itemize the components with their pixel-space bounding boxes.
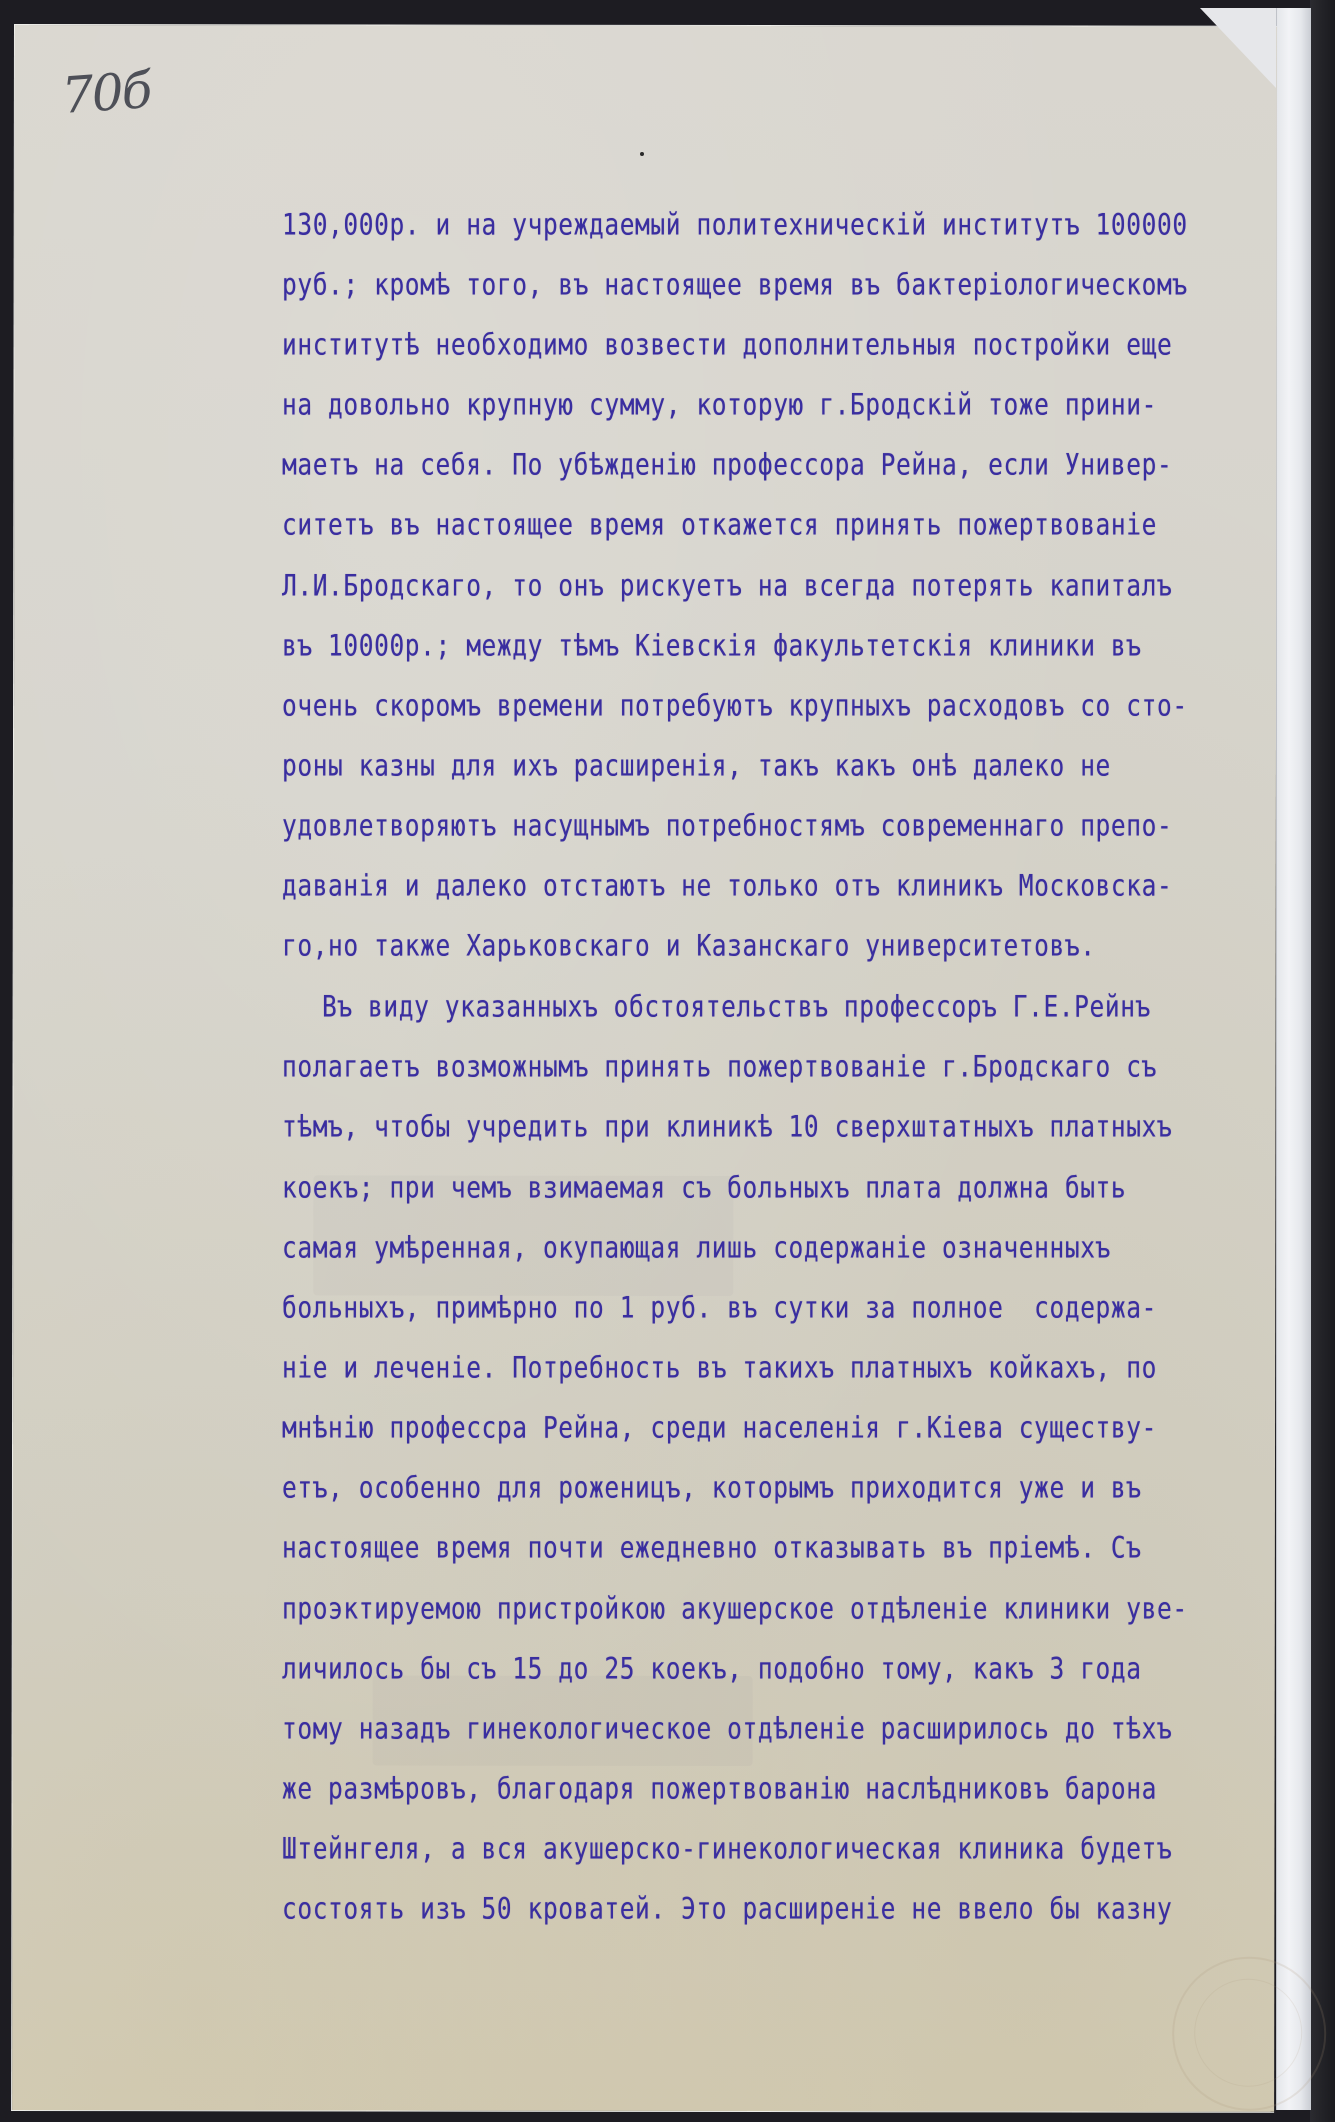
text-line: проэктируемою пристройкою акушерское отд… (282, 1595, 1188, 1624)
text-line: удовлетворяютъ насущнымъ потребностямъ с… (282, 812, 1172, 841)
scanner-edge-shadow (1310, 0, 1335, 2122)
text-line: на довольно крупную сумму, которую г.Бро… (282, 391, 1157, 420)
text-line: же размѣровъ, благодаря пожертвованію на… (282, 1775, 1157, 1804)
text-line: Штейнгеля, а вся акушерско-гинекологичес… (282, 1835, 1172, 1864)
faint-stamp-mark (1172, 1957, 1326, 2111)
text-line: ситетъ въ настоящее время откажется прин… (282, 511, 1157, 540)
text-line: мнѣнію профессра Рейна, среди населенія … (282, 1414, 1157, 1443)
text-line: состоять изъ 50 кроватей. Это расширеніе… (282, 1895, 1172, 1924)
text-line: самая умѣренная, окупающая лишь содержан… (282, 1234, 1111, 1263)
text-line: тому назадъ гинекологическое отдѣленіе р… (282, 1715, 1172, 1744)
text-line: тѣмъ, чтобы учредить при клиникѣ 10 свер… (282, 1113, 1172, 1142)
text-line: го,но также Харьковскаго и Казанскаго ун… (282, 932, 1096, 961)
text-line: 130,000р. и на учреждаемый политехническ… (282, 211, 1188, 240)
text-line: даванія и далеко отстаютъ не только отъ … (282, 872, 1172, 901)
text-line-paragraph-start: Въ виду указанныхъ обстоятельствъ профес… (322, 993, 1151, 1022)
folder-flap (1276, 8, 1311, 2110)
text-line: въ 10000р.; между тѣмъ Кіевскія факульте… (282, 632, 1142, 661)
text-line: роны казны для ихъ расширенія, такъ какъ… (282, 752, 1111, 781)
folio-number-text: 70б (60, 61, 152, 125)
text-line: настоящее время почти ежедневно отказыва… (282, 1534, 1142, 1563)
text-line: полагаетъ возможнымъ принять пожертвован… (282, 1053, 1157, 1082)
handwritten-folio-number: 70б (58, 60, 178, 135)
scanned-document-page: 70б 130,000р. и на учреждаемый политехни… (0, 0, 1335, 2122)
ink-dot-mark (640, 152, 644, 156)
text-line: етъ, особенно для рожeницъ, которымъ при… (282, 1474, 1142, 1503)
text-line: коекъ; при чемъ взимаемая съ больныхъ пл… (282, 1174, 1126, 1203)
text-line: больныхъ, примѣрно по 1 руб. въ сутки за… (282, 1294, 1157, 1323)
text-line: институтѣ необходимо возвести дополнител… (282, 331, 1172, 360)
text-line: маетъ на себя. По убѣжденію профессора Р… (282, 451, 1172, 480)
text-line: Л.И.Бродскаго, то онъ рискуетъ на всегда… (282, 572, 1172, 601)
text-line: личилось бы съ 15 до 25 коекъ, подобно т… (282, 1655, 1142, 1684)
text-line: ніе и леченіе. Потребность въ такихъ пла… (282, 1354, 1157, 1383)
text-line: руб.; кромѣ того, въ настоящее время въ … (282, 271, 1188, 300)
faint-stamp-inner-ring (1194, 1979, 1302, 2087)
text-line: очень скоромъ времени потребуютъ крупных… (282, 692, 1188, 721)
